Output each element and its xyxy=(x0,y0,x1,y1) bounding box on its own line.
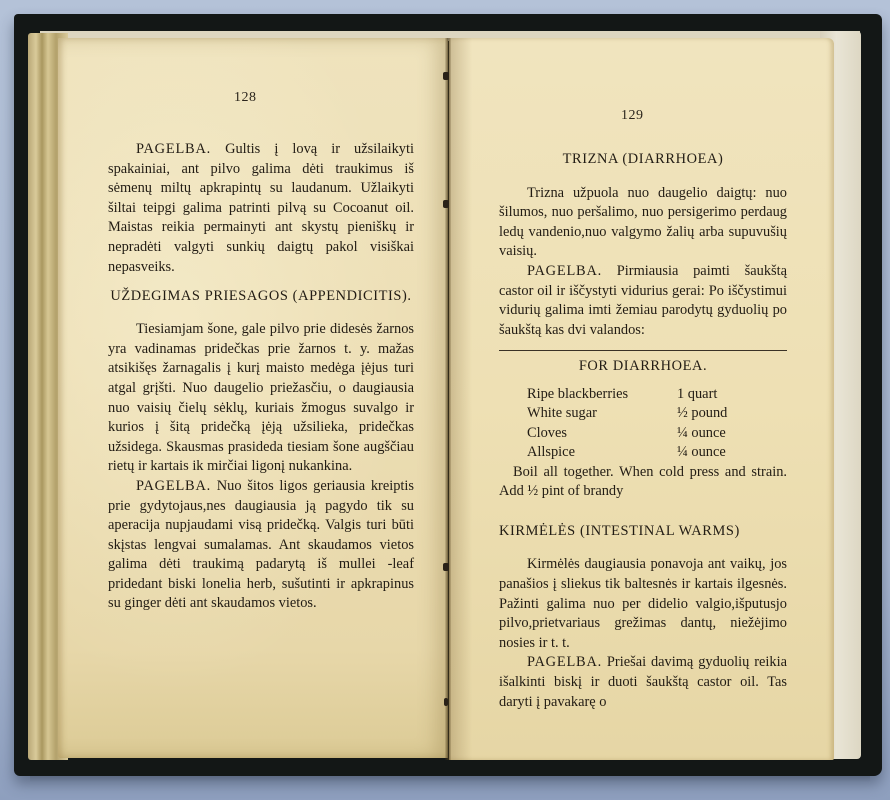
lead-word: PAGELBA. xyxy=(527,263,602,279)
binding-stitch xyxy=(443,563,449,571)
paragraph: Kirmėlės daugiausia ponavoja ant vaikų, … xyxy=(499,555,787,653)
paragraph: PAGELBA. Priešai davimą gyduolių reikia … xyxy=(499,653,787,712)
paragraph-text: Gultis į lovą ir užsilaikyti spakainiai,… xyxy=(108,141,414,275)
ingredient-name: Ripe blackberries xyxy=(499,385,677,404)
paragraph: Trizna užpuola nuo daugelio daigtų: nuo … xyxy=(499,184,787,262)
binding-stitch xyxy=(443,72,449,80)
ingredient-name: White sugar xyxy=(499,404,677,423)
ingredient-qty: ¼ ounce xyxy=(677,443,787,462)
left-page-text: PAGELBA. Gultis į lovą ir užsilaikyti sp… xyxy=(108,140,414,614)
paragraph: PAGELBA. Pirmiausia paimti šaukštą casto… xyxy=(499,262,787,340)
ingredient-row: White sugar½ pound xyxy=(499,404,787,423)
recipe-title: FOR DIARRHOEA. xyxy=(499,357,787,377)
ingredient-name: Allspice xyxy=(499,443,677,462)
paragraph: PAGELBA. Nuo šitos ligos geriausia kreip… xyxy=(108,477,414,614)
recipe-ingredients: Ripe blackberries1 quart White sugar½ po… xyxy=(499,385,787,463)
lead-word: PAGELBA. xyxy=(136,141,211,157)
ingredient-row: Ripe blackberries1 quart xyxy=(499,385,787,404)
binding-stitch xyxy=(444,698,448,706)
section-heading: UŽDEGIMAS PRIESAGOS (APPENDICITIS). xyxy=(108,285,414,308)
ingredient-row: Allspice¼ ounce xyxy=(499,443,787,462)
ingredient-qty: ½ pound xyxy=(677,404,787,423)
section-heading-diarrhoea: TRIZNA (DIARRHOEA) xyxy=(499,150,787,170)
lead-word: PAGELBA. xyxy=(136,478,211,494)
right-page: 129 TRIZNA (DIARRHOEA) Trizna užpuola nu… xyxy=(449,38,834,760)
right-page-text: TRIZNA (DIARRHOEA) Trizna užpuola nuo da… xyxy=(499,150,787,712)
ingredient-qty: 1 quart xyxy=(677,385,787,404)
page-number-left: 128 xyxy=(234,90,257,106)
paragraph: PAGELBA. Gultis į lovą ir užsilaikyti sp… xyxy=(108,140,414,277)
ingredient-qty: ¼ ounce xyxy=(677,424,787,443)
paragraph-text: Nuo šitos ligos geriausia kreiptis prie … xyxy=(108,478,414,612)
lead-word: PAGELBA. xyxy=(527,654,602,670)
ingredient-row: Cloves¼ ounce xyxy=(499,424,787,443)
binding-stitch xyxy=(443,200,449,208)
book-gutter xyxy=(445,38,451,760)
page-number-right: 129 xyxy=(621,108,644,124)
recipe-instructions: Boil all together. When cold press and s… xyxy=(499,463,787,502)
section-heading-worms: KIRMĖLĖS (INTESTINAL WARMS) xyxy=(499,522,787,542)
divider-rule xyxy=(499,350,787,351)
left-page: 128 PAGELBA. Gultis į lovą ir užsilaikyt… xyxy=(58,38,448,758)
ingredient-name: Cloves xyxy=(499,424,677,443)
paragraph: Tiesiamjam šone, gale pilvo prie didesės… xyxy=(108,320,414,477)
paragraph-text: Tiesiamjam šone, gale pilvo prie didesės… xyxy=(108,321,414,474)
